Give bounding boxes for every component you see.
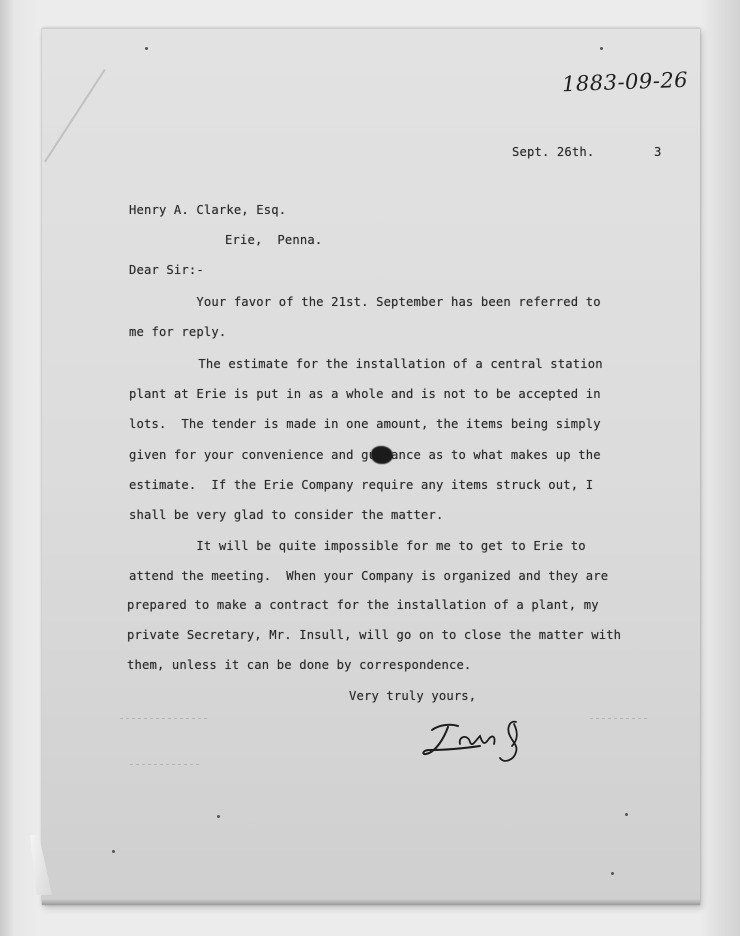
archive-date-annotation: 1883-09-26 [562, 68, 689, 96]
paper-speck [625, 813, 628, 816]
bleed-through-mark [120, 718, 210, 719]
body-line: them, unless it can be done by correspon… [127, 659, 471, 671]
handwritten-signature [418, 718, 538, 768]
page-number: 3 [654, 146, 662, 158]
bleed-through-mark [130, 764, 200, 765]
paper-speck [600, 47, 603, 50]
body-line: Your favor of the 21st. September has be… [129, 296, 601, 308]
paper-speck [145, 47, 148, 50]
body-line: prepared to make a contract for the inst… [127, 599, 599, 611]
body-line: lots. The tender is made in one amount, … [129, 418, 601, 430]
body-line: It will be quite impossible for me to ge… [129, 540, 586, 552]
recipient-location: Erie, Penna. [225, 234, 322, 246]
body-line: me for reply. [129, 326, 226, 338]
date-line: Sept. 26th. [512, 146, 594, 158]
recipient-name: Henry A. Clarke, Esq. [129, 204, 286, 216]
closing: Very truly yours, [349, 690, 476, 702]
letter-page [42, 28, 700, 905]
paper-speck [112, 850, 115, 853]
body-line: attend the meeting. When your Company is… [129, 570, 608, 582]
body-line: shall be very glad to consider the matte… [129, 509, 443, 521]
ink-blot [371, 446, 393, 464]
body-line: given for your convenience and guidance … [129, 449, 601, 461]
body-line: private Secretary, Mr. Insull, will go o… [127, 629, 621, 641]
paper-crease [44, 69, 106, 162]
paper-speck [611, 872, 614, 875]
bleed-through-mark [590, 718, 650, 719]
salutation: Dear Sir:- [129, 264, 204, 276]
paper-speck [217, 815, 220, 818]
body-line: plant at Erie is put in as a whole and i… [129, 388, 601, 400]
body-line: estimate. If the Erie Company require an… [129, 479, 593, 491]
body-line: The estimate for the installation of a c… [131, 358, 603, 370]
